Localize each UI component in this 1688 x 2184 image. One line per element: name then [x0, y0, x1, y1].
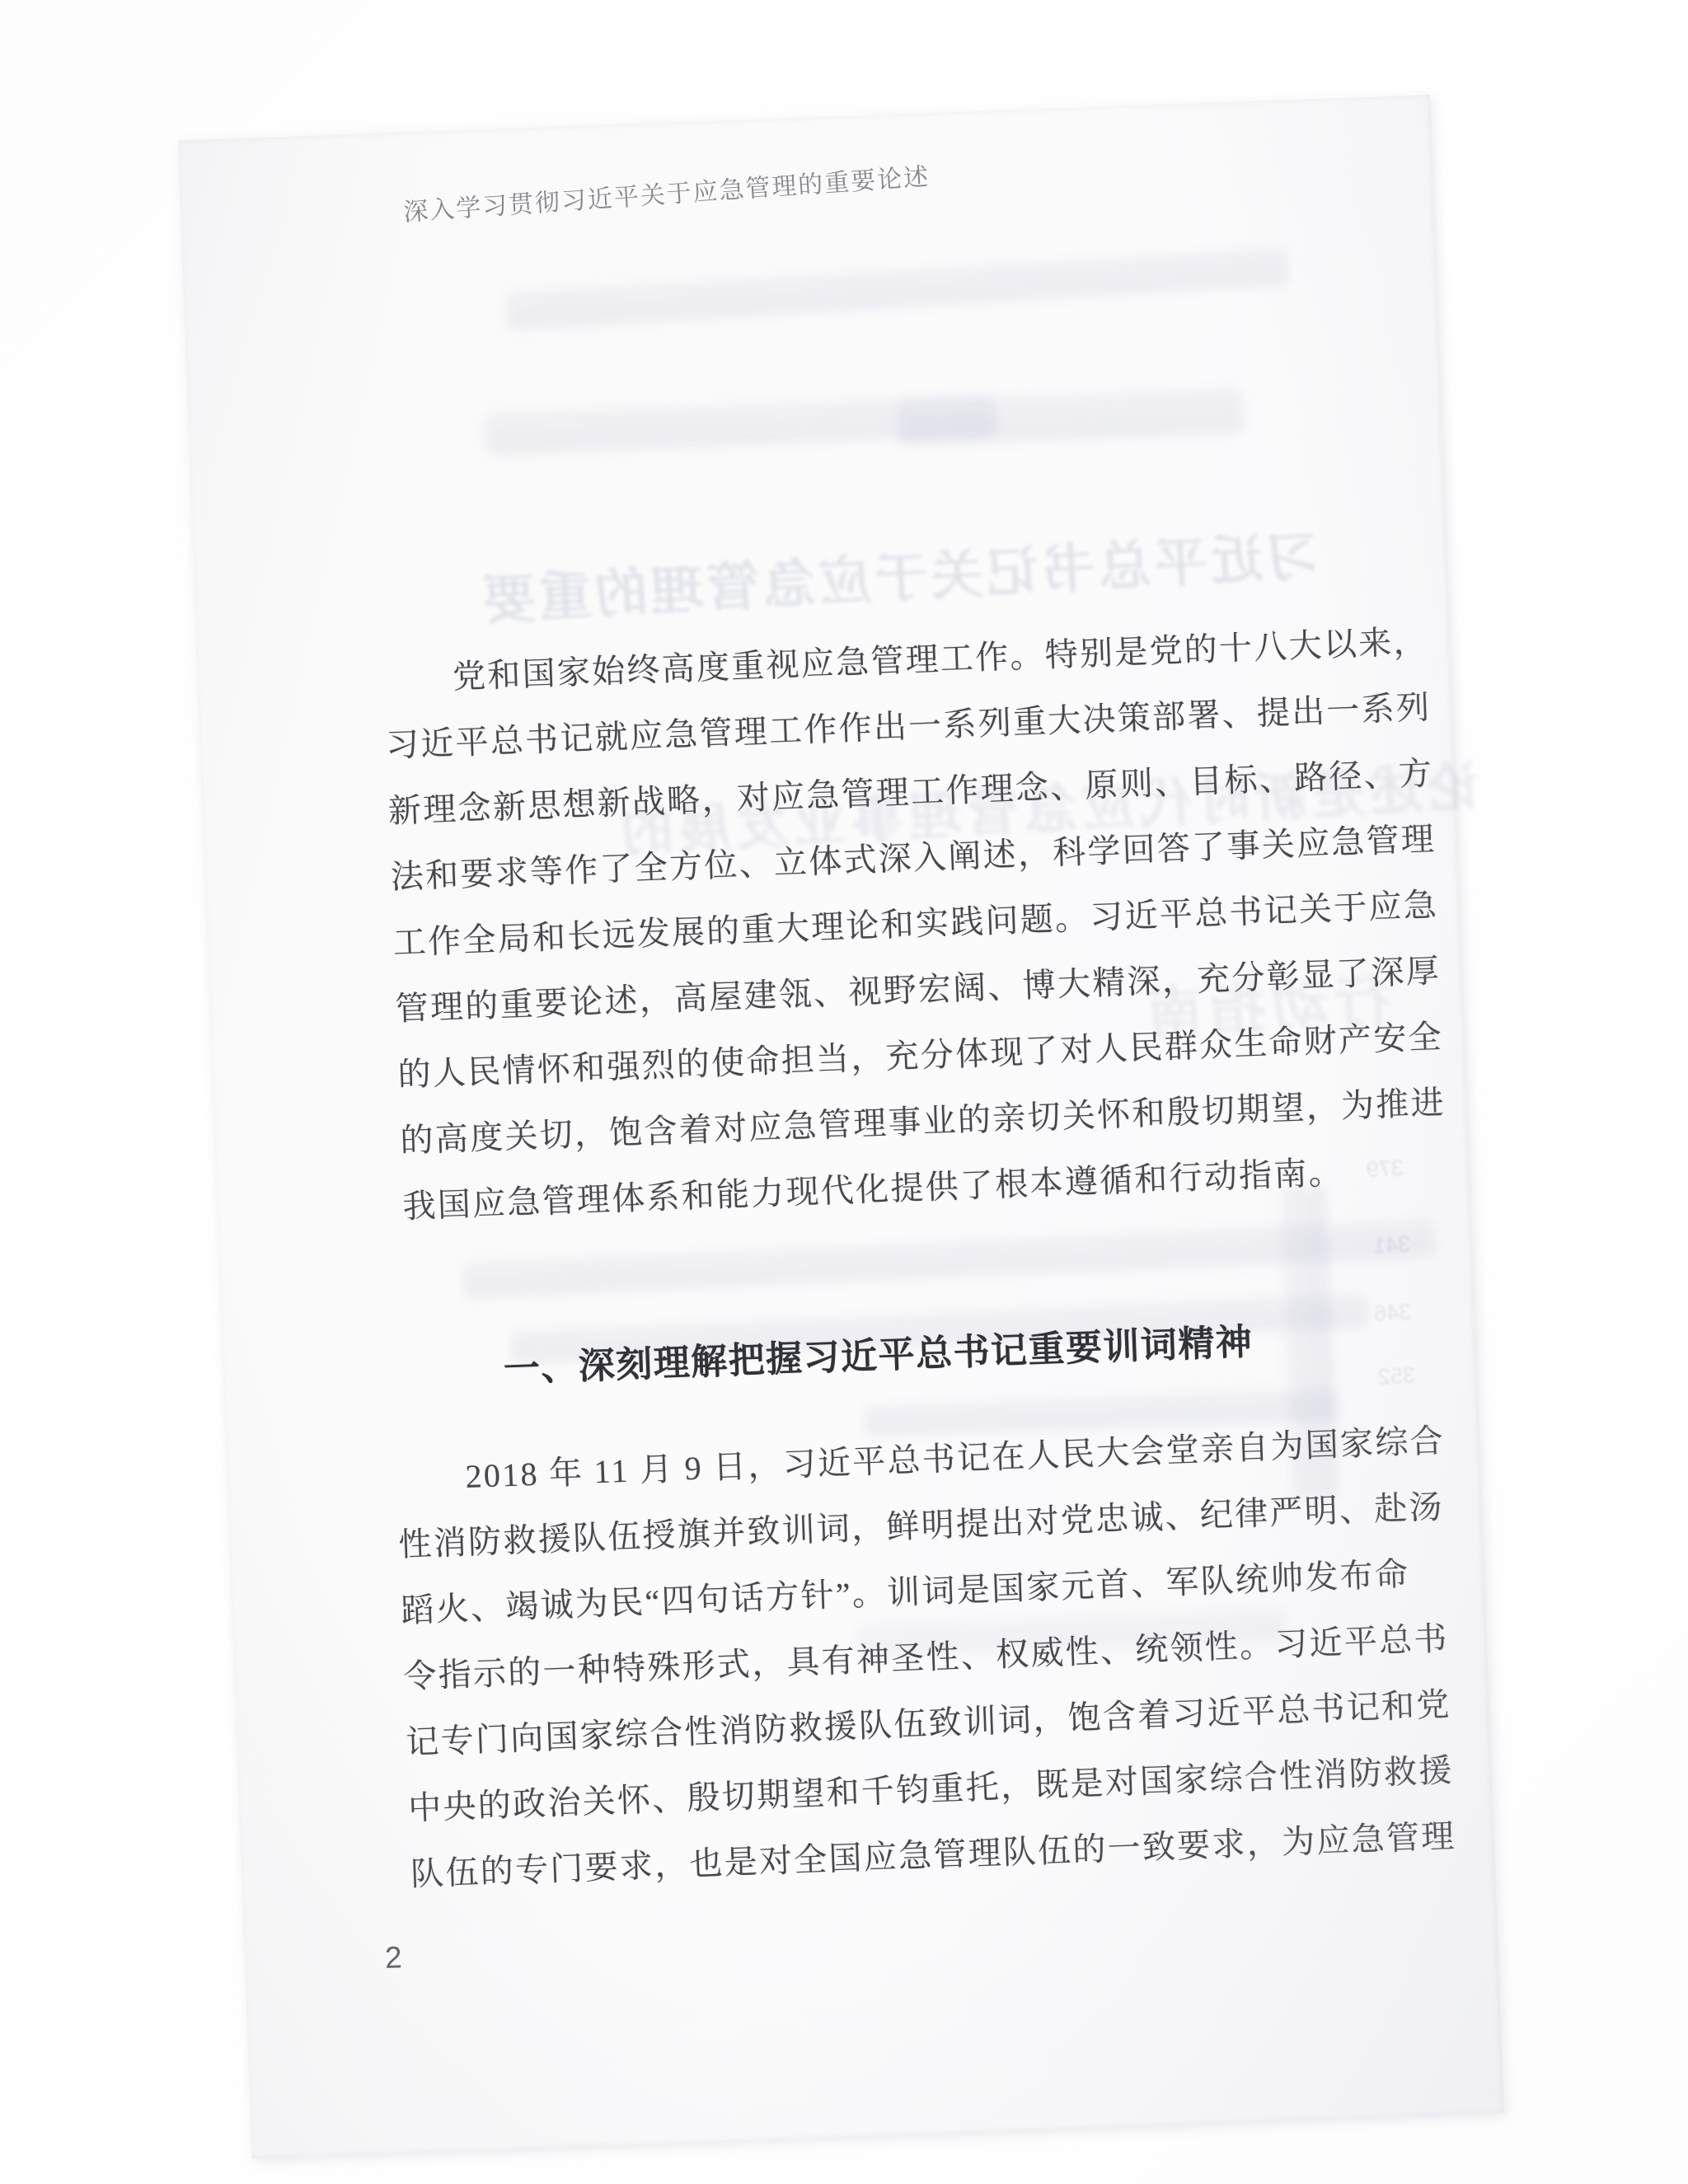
bleed-through-page-ref: 352 — [1377, 1362, 1416, 1390]
page-number: 2 — [384, 1940, 402, 1975]
paragraph-2: 2018 年 11 月 9 日，习近平总书记在人民大会堂亲自为国家综合 性消防救… — [395, 1408, 1458, 1908]
book-page: 习近平总书记关于应急管理的重要 论述是新时代应急管理事业发展的 行动指南 379… — [178, 95, 1504, 2158]
running-header: 深入学习贯彻习近平关于应急管理的重要论述 — [402, 142, 1145, 228]
bleed-through-page-ref: 341 — [1372, 1231, 1411, 1258]
photo-background: 习近平总书记关于应急管理的重要 论述是新时代应急管理事业发展的 行动指南 379… — [0, 0, 1688, 2184]
section-heading: 一、深刻理解把握习近平总书记重要训词精神 — [354, 1306, 1403, 1402]
bleed-through-smudge — [485, 395, 996, 455]
bleed-through-smudge — [505, 247, 1289, 330]
bleed-through-smudge — [897, 387, 1245, 446]
paragraph-1: 党和国家始终高度重视应急管理工作。特别是党的十八大以来， 习近平总书记就应急管理… — [382, 608, 1451, 1240]
